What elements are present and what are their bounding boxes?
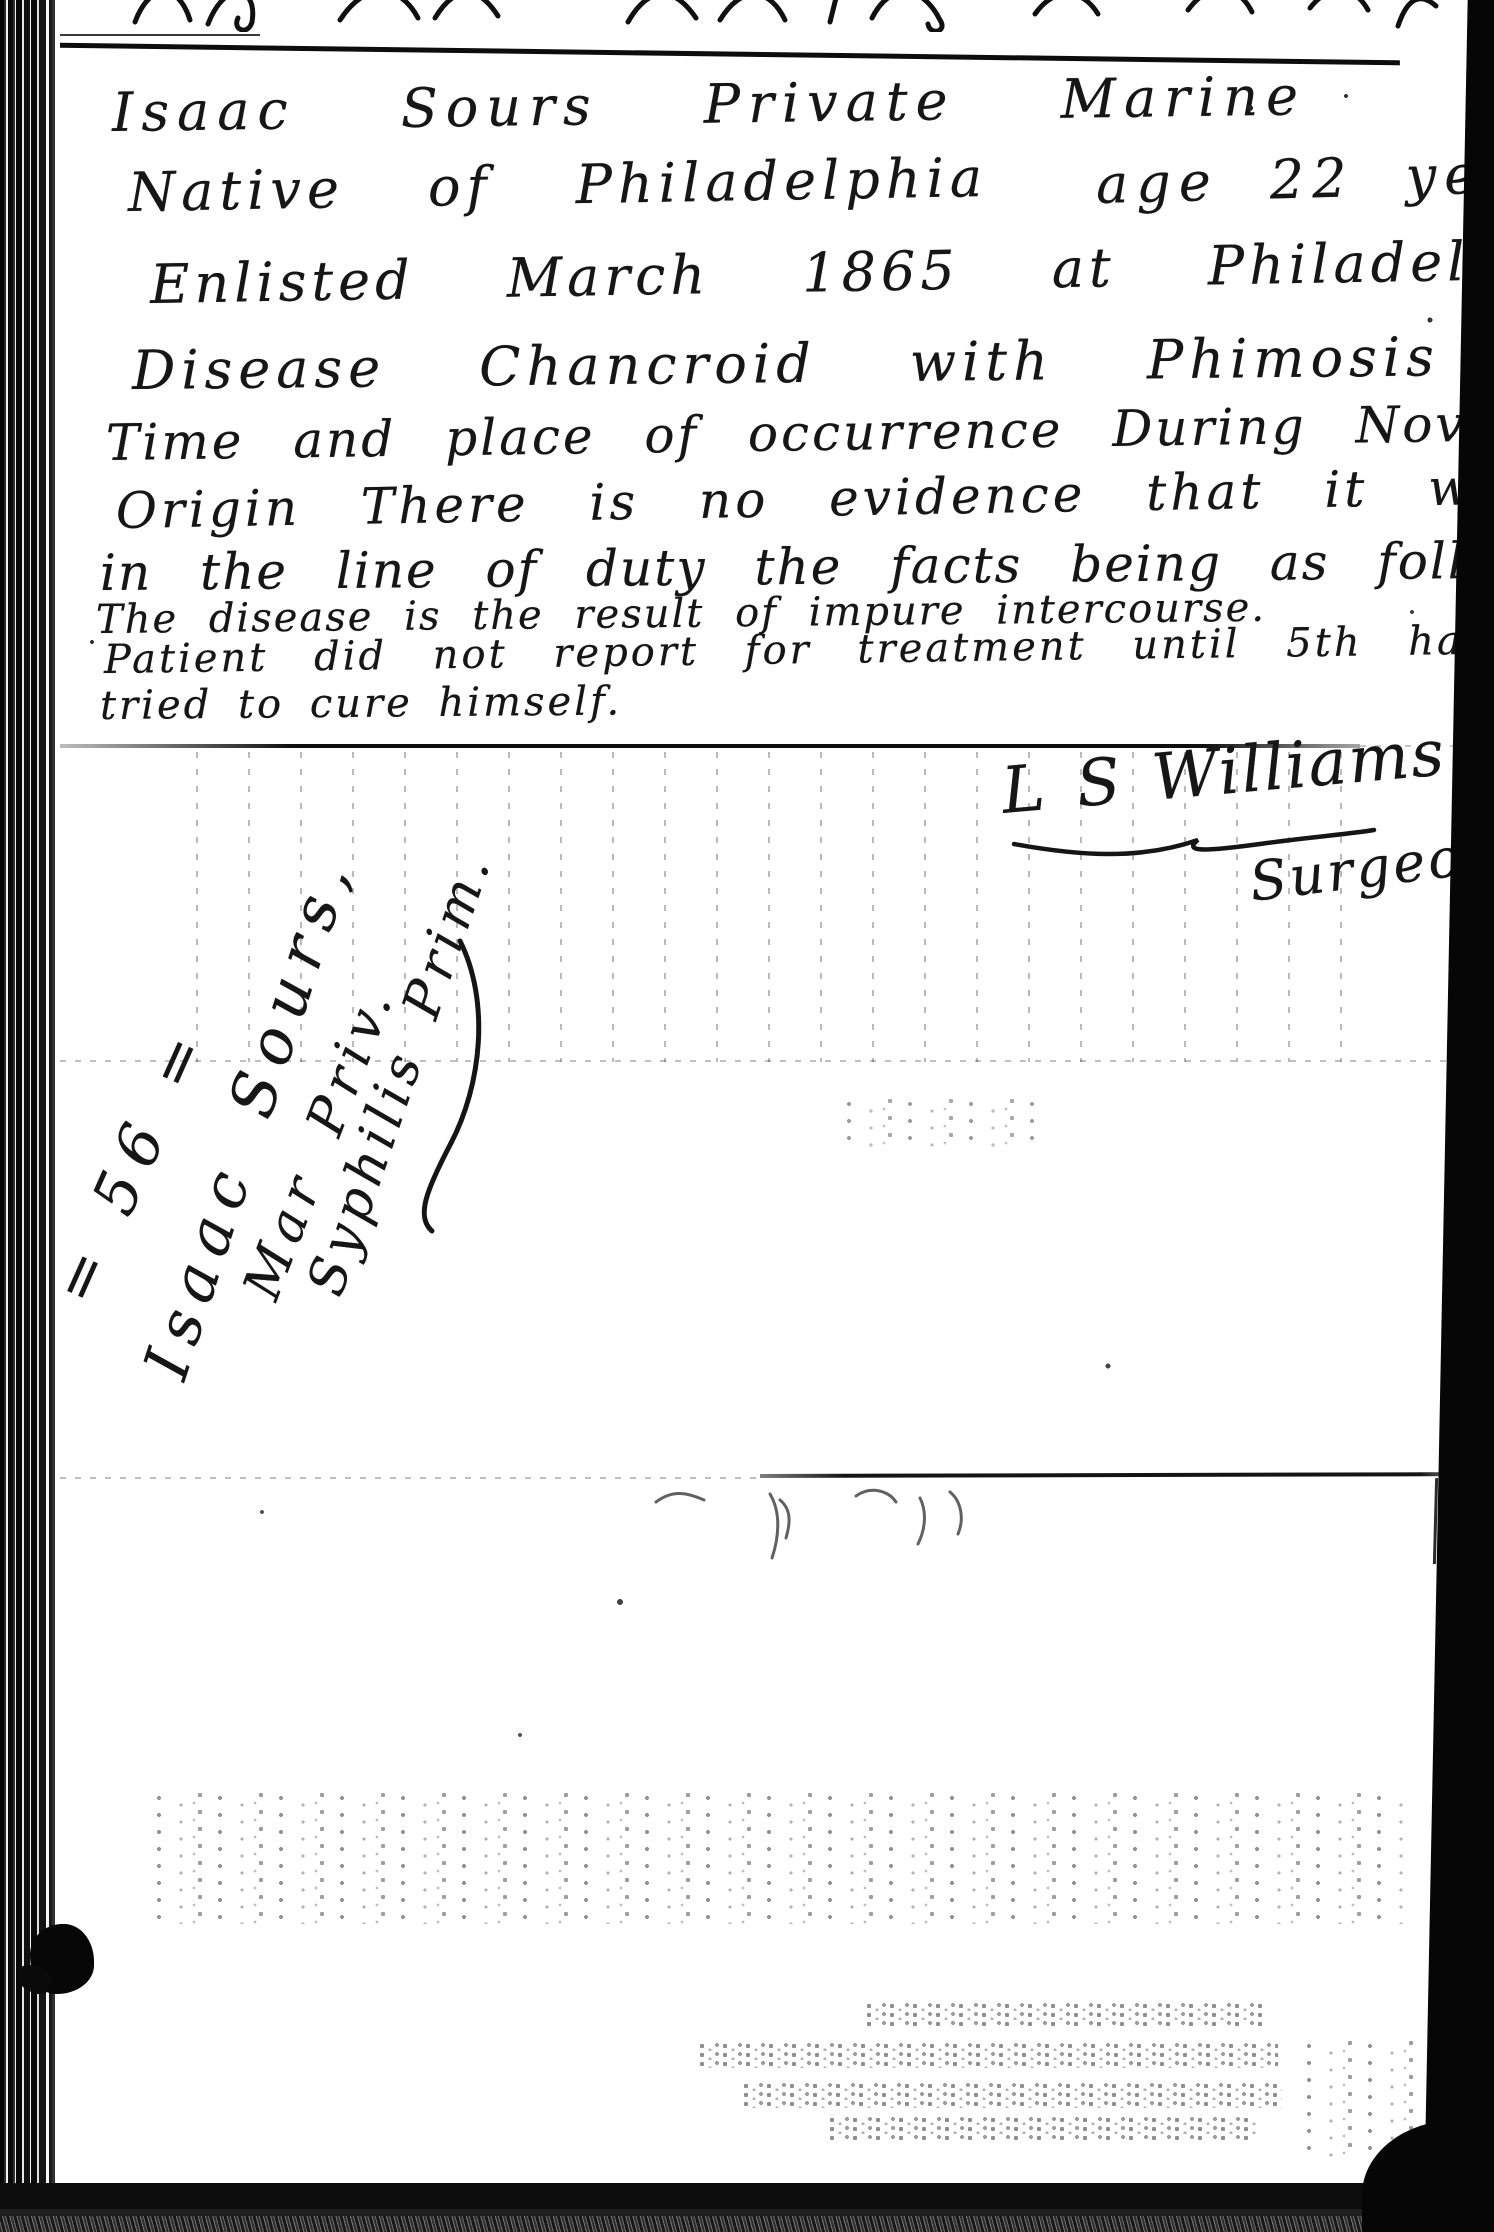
- entry-line-disease: Disease Chancroid with Phimosis: [132, 330, 1440, 398]
- bleedthrough-text-row-4: [828, 2116, 1258, 2140]
- remark-line-3: tried to cure himself.: [100, 681, 622, 726]
- entry-line-age: age 22 yea: [1095, 147, 1494, 212]
- bleedthrough-text-row-3: [742, 2082, 1282, 2108]
- side-annotation-flourish: [398, 935, 498, 1240]
- lower-rule-left: [60, 1477, 760, 1479]
- left-binding-edge: [0, 0, 60, 2232]
- ink-blot: [30, 1924, 94, 1994]
- entry-line-nativity: Native of Philadelphia: [128, 151, 989, 220]
- bleedthrough-speckles-mid: [840, 1098, 1040, 1148]
- entry-line-name-rank: Isaac Sours Private Marine: [112, 69, 1307, 140]
- scanned-ledger-page: Isaac Sours Private Marine Native of Phi…: [0, 0, 1494, 2232]
- scribble-marks: [620, 1480, 1020, 1570]
- top-cutoff-handwriting-strokes: [130, 0, 1440, 32]
- entry-line-occurrence: Time and place of occurrence During Nov.…: [106, 398, 1494, 468]
- bottom-scan-edge: [0, 2183, 1494, 2232]
- top-rule-line: [0, 42, 1400, 65]
- bleedthrough-text-row-2: [698, 2042, 1278, 2068]
- lower-rule-right: [760, 1472, 1462, 1478]
- bleedthrough-band: [150, 1792, 1410, 1924]
- bleedthrough-horizontal-rule: [60, 1060, 1468, 1062]
- entry-line-origin: Origin There is no evidence that it wa: [116, 462, 1494, 536]
- bleedthrough-text-row-1: [865, 2002, 1265, 2026]
- left-margin-line: [52, 0, 55, 2232]
- surgeon-signature: L S Williams: [999, 721, 1448, 824]
- entry-line-enlistment: Enlisted March 1865 at Philadelp: [150, 234, 1494, 312]
